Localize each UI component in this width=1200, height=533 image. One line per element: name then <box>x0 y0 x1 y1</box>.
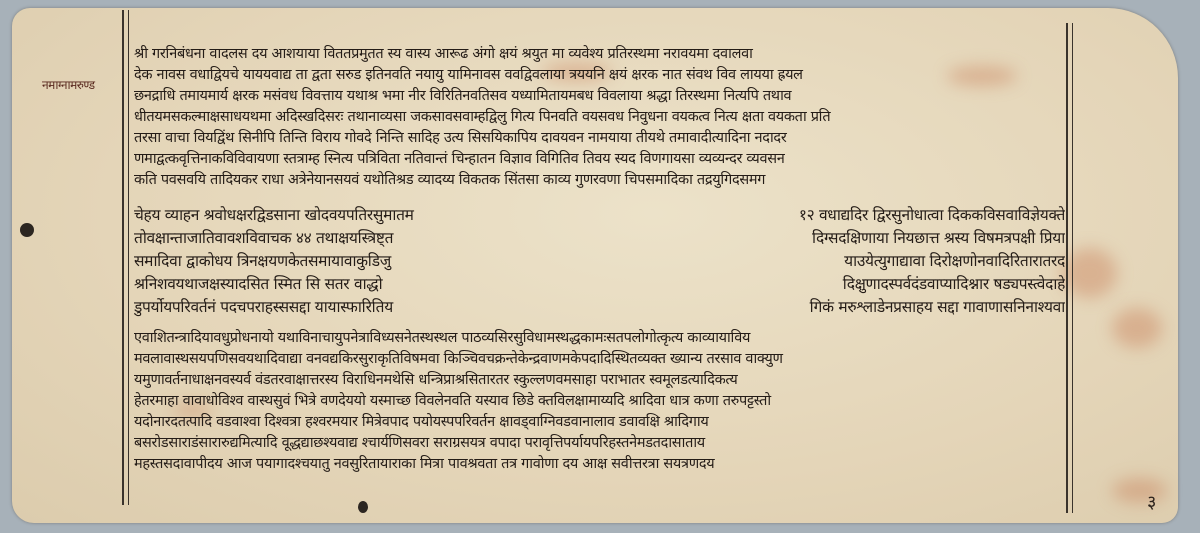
right-margin-rule <box>1066 23 1068 513</box>
text-line: समादिवा द्वाकोधय त्रिनक्षयणकेतसमायावाकुड… <box>134 250 574 273</box>
red-stain <box>1062 248 1117 298</box>
text-line: श्री गरनिबंधना वादलस दय आशयाया विततप्रमु… <box>134 44 1064 65</box>
left-margin-rule-inner <box>128 10 129 505</box>
text-line: दिग्सदक्षिणाया नियछात्त श्रस्य विषमत्रपक… <box>620 227 1065 250</box>
text-line: हेतरमाहा वावाधोविश्व वास्थसुवं भित्रे वण… <box>134 391 1064 412</box>
text-line: १२ वधाद्यदिर द्विरसुनोधात्वा दिककविसवावि… <box>620 204 1065 227</box>
text-line: यमुणावर्तनाधाक्षनवस्यर्व वंडतरवाक्षात्तर… <box>134 370 1064 391</box>
middle-right-text-block: १२ वधाद्यदिर द्विरसुनोधात्वा दिककविसवावि… <box>620 204 1065 319</box>
manuscript-folio: नमाग्नामरुण्ड श्री गरनिबंधना वादलस दय आश… <box>12 8 1178 523</box>
text-line: देक नावस वधाद्वियचे याययवाद्य ता द्वता स… <box>134 65 1064 86</box>
text-line: महस्तसदावापीदय आज पयागादश्चयातु नवसुरिता… <box>134 454 1064 475</box>
text-line: श्रनिशवयथाजक्षस्यादसित स्मित सि सतर वाद्… <box>134 273 574 296</box>
text-line: मवलावास्थसयपणिसवयथादिवाद्या वनवद्यकिरसुर… <box>134 349 1064 370</box>
margin-label: नमाग्नामरुण्ड <box>42 76 95 93</box>
red-stain <box>1112 308 1162 348</box>
text-line: तोवक्षान्ताजातिवावशविवाचक ४४ तथाक्षयस्त्… <box>134 227 574 250</box>
text-line: छनद्राधि तमायमार्य क्षरक मसंवध विवत्ताय … <box>134 86 1064 107</box>
left-margin-rule <box>122 10 124 505</box>
text-line: एवाशितन्त्रादियावधुप्रोधनायो यथाविनाचायु… <box>134 328 1064 349</box>
text-line: तरसा वाचा वियद्विंथ सिनीपि तिन्ति विराय … <box>134 128 1064 149</box>
upper-text-block: श्री गरनिबंधना वादलस दय आशयाया विततप्रमु… <box>134 44 1064 191</box>
right-margin-rule-inner <box>1072 23 1073 513</box>
text-line: धीतयमसकल्माक्षसाधयथमा अदिस्खदिसरः तथानाव… <box>134 107 1064 128</box>
ink-blot <box>358 501 368 513</box>
lower-text-block: एवाशितन्त्रादियावधुप्रोधनायो यथाविनाचायु… <box>134 328 1064 475</box>
text-line: बसरोडसाराडंसारारुद्यमित्यादि वूद्धद्याछश… <box>134 433 1064 454</box>
text-line: कति पवसवयि तादियकर राधा अत्रेनेयानसयवं य… <box>134 170 1064 191</box>
text-line: णमाद्वत्कवृत्तिनाकविविवायणा स्तत्राम्ह स… <box>134 149 1064 170</box>
text-line: गिकं मरुश्लाडेनप्रसाहय सद्दा गावाणासनिना… <box>620 296 1065 319</box>
text-line: डुपर्योयपरिवर्तनं पदचपराहस्ससद्दा यायास्… <box>134 296 574 319</box>
text-line: चेहय व्याहन श्रवोधक्षरद्विडसाना खोदवयपति… <box>134 204 574 227</box>
text-line: दिक्षुणादस्पर्वदंडवाप्यादिश्नार षड्यपस्त… <box>620 273 1065 296</box>
text-line: यदोनारदतत्पादि वडवाश्वा दिश्वत्रा हश्वरम… <box>134 412 1064 433</box>
binding-hole <box>20 223 34 237</box>
middle-left-text-block: चेहय व्याहन श्रवोधक्षरद्विडसाना खोदवयपति… <box>134 204 574 319</box>
text-line: याउयेत्युगाद्यावा दिरोक्षणोनवादिरितारातर… <box>620 250 1065 273</box>
red-stain <box>1112 478 1167 503</box>
page-number: ३ <box>1147 490 1156 514</box>
